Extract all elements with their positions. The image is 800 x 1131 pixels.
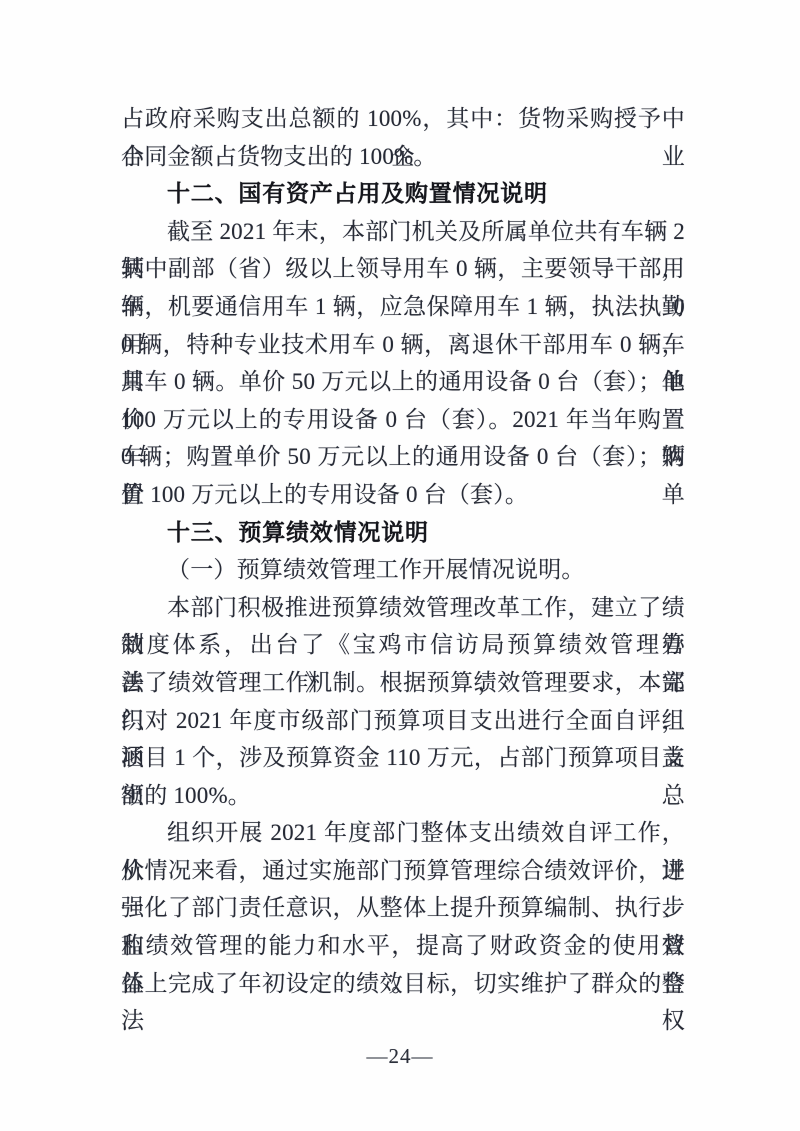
text-line: 0 辆，特种专业技术用车 0 辆，离退休干部用车 0 辆，其他 [121, 326, 685, 364]
text-line: 100 万元以上的专用设备 0 台（套）。2021 年当年购置车辆 [121, 401, 685, 439]
text-line: 项目 1 个，涉及预算资金 110 万元，占部门预算项目支出总 [121, 739, 685, 777]
text-line: 织对 2021 年度市级部门预算项目支出进行全面自评，涵盖 [121, 702, 685, 740]
text-line: 占政府采购支出总额的 100%，其中：货物采购授予中小企业 [121, 100, 685, 138]
text-line: 其中副部（省）级以上领导用车 0 辆，主要领导干部用车 0 [121, 250, 685, 288]
document-page: 占政府采购支出总额的 100%，其中：货物采购授予中小企业 合同金额占货物支出的… [0, 0, 800, 1131]
section-heading-12: 十二、国有资产占用及购置情况说明 [121, 175, 685, 213]
text-line: 组织开展 2021 年度部门整体支出绩效自评工作，从评 [121, 814, 685, 852]
text-line: 用车 0 辆。单价 50 万元以上的通用设备 0 台（套）；单价 [121, 363, 685, 401]
page-number: —24— [0, 1044, 800, 1069]
text-line: 价情况来看，通过实施部门预算管理综合绩效评价，进一步 [121, 852, 685, 890]
text-line: 本部门积极推进预算绩效管理改革工作，建立了绩效管 [121, 589, 685, 627]
text-line: 截至 2021 年末，本部门机关及所属单位共有车辆 2 辆， [121, 213, 685, 251]
text-line: 制度体系，出台了《宝鸡市信访局预算绩效管理办法》，完 [121, 626, 685, 664]
text-line: 辆，机要通信用车 1 辆，应急保障用车 1 辆，执法执勤用车 [121, 288, 685, 326]
text-line: 0 辆；购置单价 50 万元以上的通用设备 0 台（套）；购置单 [121, 438, 685, 476]
text-line: 和绩效管理的能力和水平，提高了财政资金的使用效益。整 [121, 927, 685, 965]
text-line: 强化了部门责任意识，从整体上提升预算编制、执行、监督 [121, 889, 685, 927]
text-line: 体上完成了年初设定的绩效目标，切实维护了群众的合法权 [121, 965, 685, 1003]
sub-heading: （一）预算绩效管理工作开展情况说明。 [121, 551, 685, 589]
text-line: 善了绩效管理工作机制。根据预算绩效管理要求，本部门组 [121, 664, 685, 702]
document-text-block: 占政府采购支出总额的 100%，其中：货物采购授予中小企业 合同金额占货物支出的… [121, 100, 685, 1002]
section-heading-13: 十三、预算绩效情况说明 [121, 514, 685, 552]
